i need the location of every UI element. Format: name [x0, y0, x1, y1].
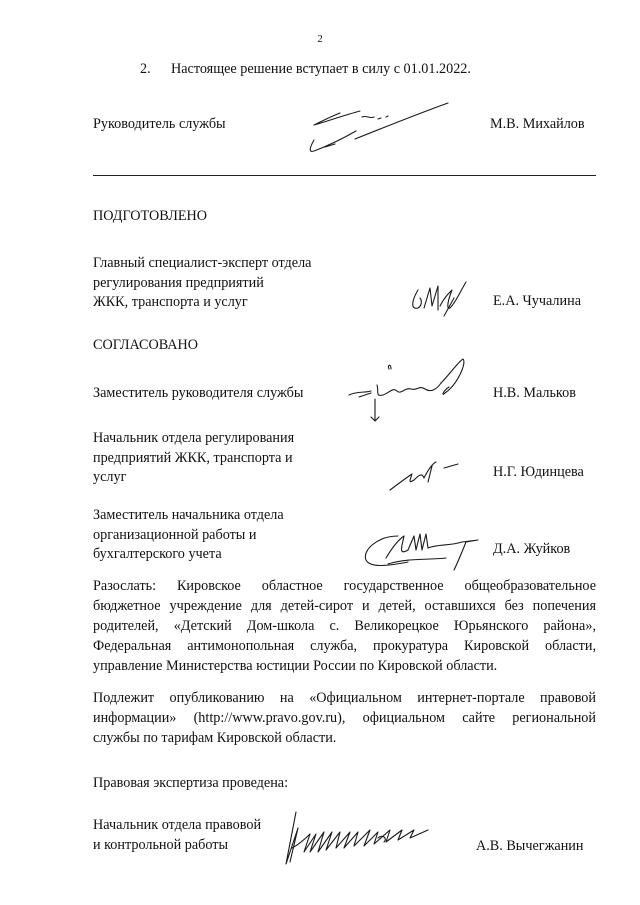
divider — [93, 175, 596, 176]
agreed-signer-1-name: Н.В. Мальков — [493, 385, 576, 402]
head-position: Руководитель службы — [93, 116, 226, 133]
agreed-signer-2-position: Начальник отдела регулирования предприят… — [93, 429, 294, 488]
agreed-signer-1-position: Заместитель руководителя службы — [93, 385, 303, 402]
signature-icon — [358, 528, 488, 578]
signature-icon — [300, 95, 450, 155]
item-text: Настоящее решение вступает в силу с 01.0… — [171, 61, 471, 78]
signature-icon — [388, 458, 468, 493]
head-name: М.В. Михайлов — [490, 116, 585, 133]
agreed-signer-3-position: Заместитель начальника отдела организаци… — [93, 506, 284, 565]
signature-icon — [278, 808, 458, 868]
page-number: 2 — [0, 33, 640, 45]
legal-review-heading: Правовая экспертиза проведена: — [93, 775, 288, 792]
legal-review-position: Начальник отдела правовой и контрольной … — [93, 816, 261, 855]
signature-icon — [408, 278, 468, 318]
agreed-signer-2-name: Н.Г. Юдинцева — [493, 464, 584, 481]
publication-paragraph: Подлежит опубликованию на «Официальном и… — [93, 688, 596, 768]
prepared-heading: ПОДГОТОВЛЕНО — [93, 208, 207, 225]
agreed-heading: СОГЛАСОВАНО — [93, 337, 198, 354]
distribution-paragraph: Разослать: Кировское областное государст… — [93, 576, 596, 696]
agreed-signer-3-name: Д.А. Жуйков — [493, 541, 570, 558]
prepared-position: Главный специалист-эксперт отдела регули… — [93, 254, 311, 313]
item-number: 2. — [140, 61, 151, 78]
legal-review-name: А.В. Вычегжанин — [476, 838, 583, 855]
signature-icon — [345, 355, 475, 425]
prepared-name: Е.А. Чучалина — [493, 293, 581, 310]
